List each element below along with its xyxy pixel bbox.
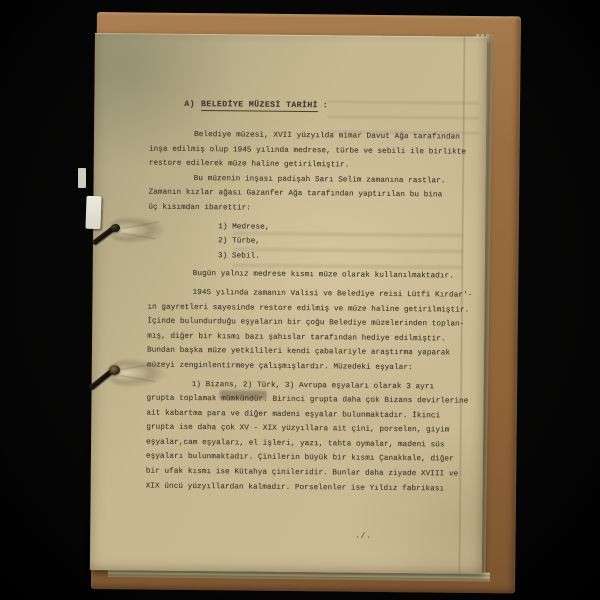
document-page: A)BELEDİYE MÜZESİ TARİHİ: Belediye müzes… <box>90 33 487 574</box>
overstrike-smudge <box>219 390 266 399</box>
photo-backdrop: A)BELEDİYE MÜZESİ TARİHİ: Belediye müzes… <box>0 0 600 600</box>
edge-sticker <box>85 196 101 230</box>
heading-underlined-text: BELEDİYE MÜZESİ TARİHİ <box>201 100 318 112</box>
binding-knot-top <box>111 224 120 232</box>
binding-knot-bottom <box>109 365 120 375</box>
typed-line: 3) Sebil. <box>218 249 480 266</box>
heading-prefix: A) <box>184 100 195 109</box>
typed-line: XIX üncü yüzyıllardan kalmadır. Porselen… <box>146 479 478 497</box>
heading-suffix: : <box>323 101 328 110</box>
edge-tab <box>78 168 86 188</box>
typed-line: Bugün yalnız medrese kısmı müze olarak k… <box>148 267 480 285</box>
typed-text-block: A)BELEDİYE MÜZESİ TARİHİ: Belediye müzes… <box>146 98 482 497</box>
page-title: A)BELEDİYE MÜZESİ TARİHİ: <box>184 98 481 115</box>
typed-lines: Belediye müzesi, XVII yüzyılda mimar Dav… <box>146 128 482 497</box>
continuation-mark: ./. <box>355 533 372 541</box>
